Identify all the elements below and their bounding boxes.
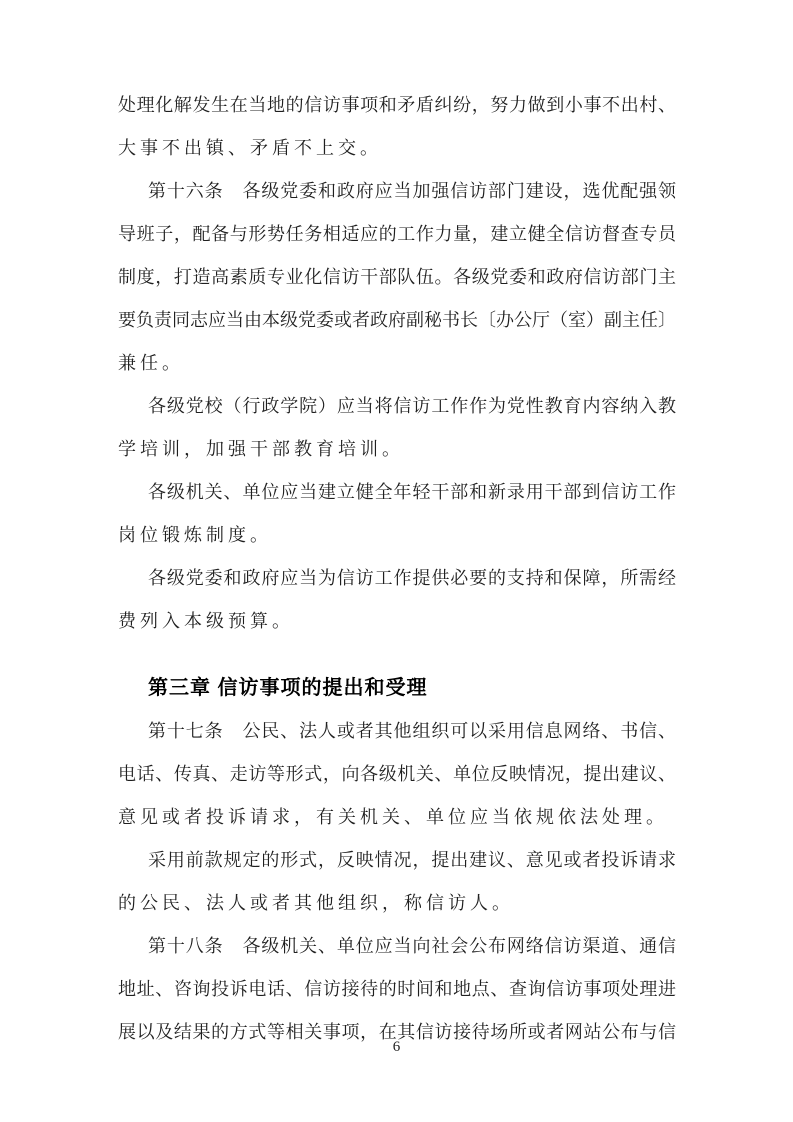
body-line: 岗位锻炼制度。 bbox=[118, 514, 676, 557]
body-line: 意见或者投诉请求，有关机关、单位应当依规依法处理。 bbox=[118, 796, 676, 839]
body-line: 要负责同志应当由本级党委或者政府副秘书长〔办公厅（室）副主任〕 bbox=[118, 299, 676, 342]
body-line-article-16: 第十六条 各级党委和政府应当加强信访部门建设，选优配强领 bbox=[118, 170, 676, 213]
body-line-article-17: 第十七条 公民、法人或者其他组织可以采用信息网络、书信、 bbox=[118, 710, 676, 753]
body-line: 大事不出镇、矛盾不上交。 bbox=[118, 127, 676, 170]
document-body: 处理化解发生在当地的信访事项和矛盾纠纷，努力做到小事不出村、 大事不出镇、矛盾不… bbox=[118, 84, 676, 1054]
body-line: 制度，打造高素质专业化信访干部队伍。各级党委和政府信访部门主 bbox=[118, 256, 676, 299]
body-line: 电话、传真、走访等形式，向各级机关、单位反映情况，提出建议、 bbox=[118, 753, 676, 796]
body-line: 的公民、法人或者其他组织，称信访人。 bbox=[118, 882, 676, 925]
body-line: 处理化解发生在当地的信访事项和矛盾纠纷，努力做到小事不出村、 bbox=[118, 84, 676, 127]
body-line-article-18: 第十八条 各级机关、单位应当向社会公布网络信访渠道、通信 bbox=[118, 925, 676, 968]
body-line: 导班子，配备与形势任务相适应的工作力量，建立健全信访督查专员 bbox=[118, 213, 676, 256]
body-line: 地址、咨询投诉电话、信访接待的时间和地点、查询信访事项处理进 bbox=[118, 968, 676, 1011]
body-line: 兼任。 bbox=[118, 342, 676, 385]
body-line: 费列入本级预算。 bbox=[118, 600, 676, 643]
document-page: 处理化解发生在当地的信访事项和矛盾纠纷，努力做到小事不出村、 大事不出镇、矛盾不… bbox=[0, 0, 793, 1122]
page-number: 6 bbox=[0, 1038, 793, 1056]
body-line: 学培训，加强干部教育培训。 bbox=[118, 428, 676, 471]
body-line: 各级党校（行政学院）应当将信访工作作为党性教育内容纳入教 bbox=[118, 385, 676, 428]
body-line: 采用前款规定的形式，反映情况，提出建议、意见或者投诉请求 bbox=[118, 839, 676, 882]
chapter-heading: 第三章 信访事项的提出和受理 bbox=[118, 667, 676, 710]
body-line: 各级机关、单位应当建立健全年轻干部和新录用干部到信访工作 bbox=[118, 471, 676, 514]
body-line: 各级党委和政府应当为信访工作提供必要的支持和保障，所需经 bbox=[118, 557, 676, 600]
